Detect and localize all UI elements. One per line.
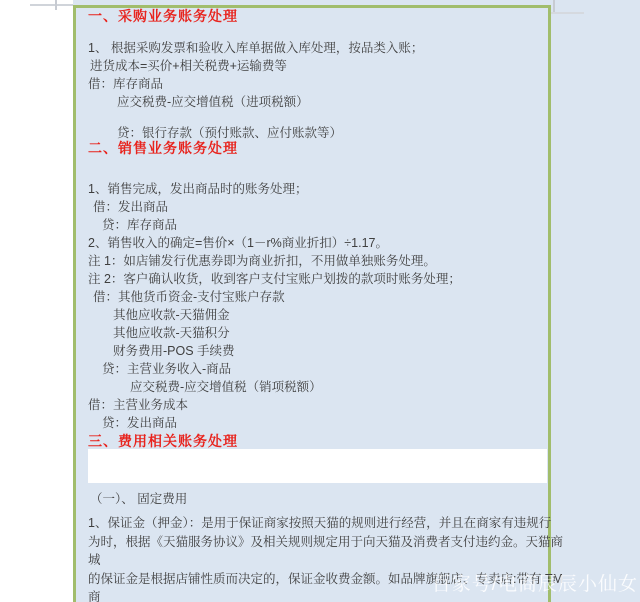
- text-line: 其他应收款-天猫佣金: [113, 306, 550, 324]
- ruler-tick: [55, 0, 57, 10]
- text-line: 其他应收款-天猫积分: [113, 324, 550, 342]
- watermark-text: 百家号/电商辰辰小仙女: [432, 569, 638, 596]
- blank-white-box: [88, 449, 547, 483]
- text-line: 1、销售完成，发出商品时的账务处理；: [88, 180, 550, 198]
- text-line: 财务费用-POS 手续费: [113, 342, 550, 360]
- text-line: 借：库存商品: [88, 75, 550, 93]
- ruler-tick: [30, 4, 73, 6]
- table-border-left: [73, 5, 76, 602]
- text-line: 贷：库存商品: [102, 216, 550, 234]
- text-line: 城: [88, 551, 558, 570]
- fixed-fees-subheading: （一）、 固定费用: [90, 490, 187, 508]
- text-line: 1、 根据采购发票和验收入库单据做入库处理，按品类入账；: [88, 39, 550, 57]
- section-purchase: 一、采购业务账务处理 1、 根据采购发票和验收入库单据做入库处理，按品类入账； …: [88, 8, 550, 142]
- text-line: 借：其他货币资金-支付宝账户存款: [93, 288, 550, 306]
- text-line: 借：主营业务成本: [88, 396, 550, 414]
- ruler-tick: [551, 12, 584, 14]
- text-line: 进货成本=买价+相关税费+运输费等: [90, 57, 550, 75]
- section-1-heading: 一、采购业务账务处理: [88, 8, 550, 28]
- text-line: 1、保证金（押金）：是用于保证商家按照天猫的规则进行经营，并且在商家有违规行: [88, 514, 558, 533]
- section-sales: 二、销售业务账务处理 1、销售完成，发出商品时的账务处理； 借：发出商品 贷：库…: [88, 140, 550, 432]
- section-3-heading: 三、费用相关账务处理: [88, 436, 550, 450]
- text-line: 注 1：如店铺发行优惠券即为商业折扣，不用做单独账务处理。: [88, 252, 550, 270]
- text-line: 贷：主营业务收入-商品: [102, 360, 550, 378]
- text-line: 应交税费-应交增值税（销项税额）: [130, 378, 550, 396]
- text-line: 2、销售收入的确定=售价×（1－r%商业折扣）÷1.17。: [88, 234, 550, 252]
- text-line: 为时，根据《天猫服务协议》及相关规则规定用于向天猫及消费者支付违约金。天猫商: [88, 533, 558, 552]
- document-page: 一、采购业务账务处理 1、 根据采购发票和验收入库单据做入库处理，按品类入账； …: [0, 0, 640, 602]
- text-line: 应交税费-应交增值税（进项税额）: [117, 93, 550, 111]
- section-expenses: 三、费用相关账务处理: [88, 436, 550, 450]
- section-2-heading: 二、销售业务账务处理: [88, 140, 550, 160]
- text-line: 借：发出商品: [93, 198, 550, 216]
- text-line: 注 2：客户确认收货，收到客户支付宝账户划拨的款项时账务处理；: [88, 270, 550, 288]
- text-line: 贷：发出商品: [102, 414, 550, 432]
